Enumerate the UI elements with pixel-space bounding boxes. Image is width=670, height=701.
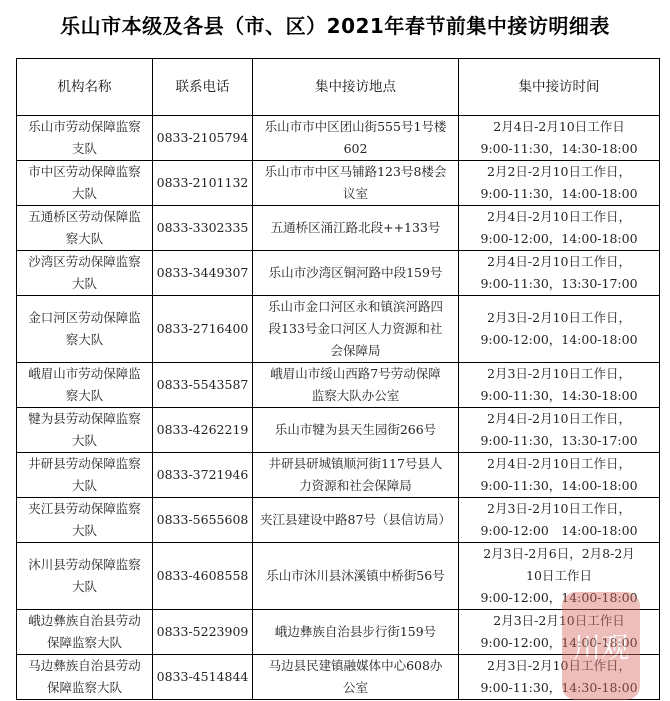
page-title: 乐山市本级及各县（市、区）2021年春节前集中接访明细表 <box>0 10 670 39</box>
org-name-cell-line: 大队 <box>19 273 150 295</box>
header-location: 集中接访地点 <box>253 59 459 116</box>
location-cell-line: 五通桥区涌江路北段++133号 <box>255 217 456 239</box>
org-name-cell-line: 大队 <box>19 475 150 497</box>
location-cell-line: 会保障局 <box>255 340 456 362</box>
header-phone: 联系电话 <box>153 59 253 116</box>
location-cell: 乐山市市中区团山街555号1号楼602 <box>253 116 459 161</box>
location-cell-line: 乐山市金口河区永和镇滨河路四 <box>255 296 456 318</box>
org-name-cell: 峨边彝族自治县劳动保障监察大队 <box>17 610 153 655</box>
table-row: 峨眉山市劳动保障监察大队0833-5543587峨眉山市绥山西路7号劳动保障监察… <box>17 363 660 408</box>
location-cell-line: 乐山市市中区马铺路123号8楼会 <box>255 161 456 183</box>
time-cell-line: 2月4日-2月10日工作日， <box>461 453 657 475</box>
org-name-cell-line: 乐山市劳动保障监察 <box>19 116 150 138</box>
time-cell-line: 2月4日-2月10日工作日， <box>461 251 657 273</box>
location-cell-line: 峨眉山市绥山西路7号劳动保障 <box>255 363 456 385</box>
phone-cell: 0833-4262219 <box>153 408 253 453</box>
org-name-cell: 犍为县劳动保障监察大队 <box>17 408 153 453</box>
time-cell-line: 9:00-11:30，14:30-18:00 <box>461 138 657 160</box>
org-name-cell-line: 察大队 <box>19 385 150 407</box>
phone-cell: 0833-3449307 <box>153 251 253 296</box>
location-cell-line: 力资源和社会保障局 <box>255 475 456 497</box>
time-cell-line: 9:00-12:00，14:00-18:00 <box>461 329 657 351</box>
phone-cell: 0833-4514844 <box>153 655 253 700</box>
time-cell-line: 2月3日-2月10日工作日， <box>461 307 657 329</box>
table-body: 乐山市劳动保障监察支队0833-2105794乐山市市中区团山街555号1号楼6… <box>17 116 660 700</box>
org-name-cell-line: 峨眉山市劳动保障监 <box>19 363 150 385</box>
time-cell: 2月4日-2月10日工作日9:00-11:30，14:30-18:00 <box>459 116 660 161</box>
phone-cell: 0833-3302335 <box>153 206 253 251</box>
org-name-cell-line: 井研县劳动保障监察 <box>19 453 150 475</box>
org-name-cell-line: 犍为县劳动保障监察 <box>19 408 150 430</box>
time-cell: 2月3日-2月10日工作日，9:00-11:30，14:30-18:00 <box>459 363 660 408</box>
time-cell-line: 2月4日-2月10日工作日， <box>461 206 657 228</box>
org-name-cell: 马边彝族自治县劳动保障监察大队 <box>17 655 153 700</box>
phone-cell: 0833-5223909 <box>153 610 253 655</box>
time-cell: 2月3日-2月10日工作日，9:00-11:30，14:30-18:00 <box>459 655 660 700</box>
header-org-name: 机构名称 <box>17 59 153 116</box>
time-cell: 2月2日-2月10日工作日，9:00-11:30，14:00-18:00 <box>459 161 660 206</box>
phone-cell: 0833-2101132 <box>153 161 253 206</box>
time-cell: 2月4日-2月10日工作日，9:00-11:30，13:30-17:00 <box>459 408 660 453</box>
time-cell-line: 2月4日-2月10日工作日 <box>461 116 657 138</box>
phone-cell: 0833-2716400 <box>153 296 253 363</box>
org-name-cell-line: 五通桥区劳动保障监 <box>19 206 150 228</box>
table-header-row: 机构名称 联系电话 集中接访地点 集中接访时间 <box>17 59 660 116</box>
location-cell: 夹江县建设中路87号（县信访局） <box>253 498 459 543</box>
time-cell: 2月3日-2月6日，2月8-2月10日工作日9:00-12:00，14:00-1… <box>459 543 660 610</box>
time-cell: 2月3日-2月10日工作日，9:00-12:00，14:00-18:00 <box>459 296 660 363</box>
location-cell-line: 井研县研城镇顺河街117号县人 <box>255 453 456 475</box>
time-cell-line: 9:00-11:30，14:30-18:00 <box>461 677 657 699</box>
time-cell-line: 9:00-12:00 14:00-18:00 <box>461 520 657 542</box>
time-cell-line: 9:00-12:00，14:00-18:00 <box>461 632 657 654</box>
location-cell: 井研县研城镇顺河街117号县人力资源和社会保障局 <box>253 453 459 498</box>
time-cell: 2月4日-2月10日工作日，9:00-11:30，14:00-18:00 <box>459 453 660 498</box>
time-cell-line: 2月3日-2月10日工作日， <box>461 655 657 677</box>
org-name-cell-line: 金口河区劳动保障监 <box>19 307 150 329</box>
table-row: 井研县劳动保障监察大队0833-3721946井研县研城镇顺河街117号县人力资… <box>17 453 660 498</box>
org-name-cell-line: 夹江县劳动保障监察 <box>19 498 150 520</box>
org-name-cell: 乐山市劳动保障监察支队 <box>17 116 153 161</box>
org-name-cell: 夹江县劳动保障监察大队 <box>17 498 153 543</box>
location-cell: 乐山市沐川县沐溪镇中桥街56号 <box>253 543 459 610</box>
location-cell-line: 监察大队办公室 <box>255 385 456 407</box>
time-cell-line: 2月4日-2月10日工作日， <box>461 408 657 430</box>
time-cell-line: 9:00-11:30，13:30-17:00 <box>461 430 657 452</box>
table-row: 金口河区劳动保障监察大队0833-2716400乐山市金口河区永和镇滨河路四段1… <box>17 296 660 363</box>
visit-schedule-table: 机构名称 联系电话 集中接访地点 集中接访时间 乐山市劳动保障监察支队0833-… <box>16 58 660 700</box>
time-cell: 2月4日-2月10日工作日，9:00-11:30，13:30-17:00 <box>459 251 660 296</box>
location-cell: 峨眉山市绥山西路7号劳动保障监察大队办公室 <box>253 363 459 408</box>
table-row: 市中区劳动保障监察大队0833-2101132乐山市市中区马铺路123号8楼会议… <box>17 161 660 206</box>
location-cell-line: 段133号金口河区人力资源和社 <box>255 318 456 340</box>
org-name-cell-line: 沙湾区劳动保障监察 <box>19 251 150 273</box>
table-row: 夹江县劳动保障监察大队0833-5655608夹江县建设中路87号（县信访局）2… <box>17 498 660 543</box>
time-cell-line: 9:00-12:00，14:00-18:00 <box>461 228 657 250</box>
org-name-cell: 井研县劳动保障监察大队 <box>17 453 153 498</box>
location-cell-line: 乐山市犍为县天生园街266号 <box>255 419 456 441</box>
phone-cell: 0833-3721946 <box>153 453 253 498</box>
time-cell-line: 2月2日-2月10日工作日， <box>461 161 657 183</box>
org-name-cell: 五通桥区劳动保障监察大队 <box>17 206 153 251</box>
time-cell-line: 2月3日-2月10日工作日， <box>461 363 657 385</box>
org-name-cell-line: 保障监察大队 <box>19 677 150 699</box>
location-cell-line: 乐山市沙湾区铜河路中段159号 <box>255 262 456 284</box>
org-name-cell: 沙湾区劳动保障监察大队 <box>17 251 153 296</box>
time-cell-line: 2月3日-2月10日工作日 <box>461 610 657 632</box>
org-name-cell: 沐川县劳动保障监察大队 <box>17 543 153 610</box>
location-cell-line: 夹江县建设中路87号（县信访局） <box>255 509 456 531</box>
location-cell: 马边县民建镇融媒体中心608办公室 <box>253 655 459 700</box>
location-cell: 乐山市犍为县天生园街266号 <box>253 408 459 453</box>
time-cell-line: 9:00-11:30，13:30-17:00 <box>461 273 657 295</box>
location-cell: 峨边彝族自治县步行街159号 <box>253 610 459 655</box>
org-name-cell-line: 沐川县劳动保障监察 <box>19 554 150 576</box>
phone-cell: 0833-5655608 <box>153 498 253 543</box>
org-name-cell-line: 市中区劳动保障监察 <box>19 161 150 183</box>
time-cell: 2月4日-2月10日工作日，9:00-12:00，14:00-18:00 <box>459 206 660 251</box>
org-name-cell: 金口河区劳动保障监察大队 <box>17 296 153 363</box>
table-row: 乐山市劳动保障监察支队0833-2105794乐山市市中区团山街555号1号楼6… <box>17 116 660 161</box>
org-name-cell-line: 大队 <box>19 520 150 542</box>
org-name-cell-line: 大队 <box>19 430 150 452</box>
location-cell: 乐山市沙湾区铜河路中段159号 <box>253 251 459 296</box>
phone-cell: 0833-4608558 <box>153 543 253 610</box>
table-row: 沐川县劳动保障监察大队0833-4608558乐山市沐川县沐溪镇中桥街56号2月… <box>17 543 660 610</box>
location-cell-line: 峨边彝族自治县步行街159号 <box>255 621 456 643</box>
time-cell-line: 9:00-11:30，14:00-18:00 <box>461 183 657 205</box>
location-cell-line: 乐山市沐川县沐溪镇中桥街56号 <box>255 565 456 587</box>
time-cell-line: 9:00-12:00，14:00-18:00 <box>461 587 657 609</box>
phone-cell: 0833-2105794 <box>153 116 253 161</box>
org-name-cell: 市中区劳动保障监察大队 <box>17 161 153 206</box>
org-name-cell-line: 察大队 <box>19 329 150 351</box>
table-row: 峨边彝族自治县劳动保障监察大队0833-5223909峨边彝族自治县步行街159… <box>17 610 660 655</box>
location-cell-line: 602 <box>255 138 456 160</box>
location-cell-line: 议室 <box>255 183 456 205</box>
org-name-cell-line: 支队 <box>19 138 150 160</box>
org-name-cell-line: 大队 <box>19 183 150 205</box>
header-time: 集中接访时间 <box>459 59 660 116</box>
location-cell: 乐山市金口河区永和镇滨河路四段133号金口河区人力资源和社会保障局 <box>253 296 459 363</box>
org-name-cell-line: 峨边彝族自治县劳动 <box>19 610 150 632</box>
table-row: 马边彝族自治县劳动保障监察大队0833-4514844马边县民建镇融媒体中心60… <box>17 655 660 700</box>
location-cell: 五通桥区涌江路北段++133号 <box>253 206 459 251</box>
time-cell-line: 9:00-11:30，14:30-18:00 <box>461 385 657 407</box>
location-cell-line: 公室 <box>255 677 456 699</box>
phone-cell: 0833-5543587 <box>153 363 253 408</box>
time-cell-line: 2月3日-2月6日，2月8-2月 <box>461 543 657 565</box>
time-cell: 2月3日-2月10日工作日，9:00-12:00 14:00-18:00 <box>459 498 660 543</box>
table-row: 犍为县劳动保障监察大队0833-4262219乐山市犍为县天生园街266号2月4… <box>17 408 660 453</box>
location-cell-line: 马边县民建镇融媒体中心608办 <box>255 655 456 677</box>
org-name-cell: 峨眉山市劳动保障监察大队 <box>17 363 153 408</box>
time-cell-line: 10日工作日 <box>461 565 657 587</box>
time-cell-line: 9:00-11:30，14:00-18:00 <box>461 475 657 497</box>
org-name-cell-line: 察大队 <box>19 228 150 250</box>
org-name-cell-line: 保障监察大队 <box>19 632 150 654</box>
org-name-cell-line: 大队 <box>19 576 150 598</box>
table-row: 沙湾区劳动保障监察大队0833-3449307乐山市沙湾区铜河路中段159号2月… <box>17 251 660 296</box>
time-cell-line: 2月3日-2月10日工作日， <box>461 498 657 520</box>
table-row: 五通桥区劳动保障监察大队0833-3302335五通桥区涌江路北段++133号2… <box>17 206 660 251</box>
time-cell: 2月3日-2月10日工作日9:00-12:00，14:00-18:00 <box>459 610 660 655</box>
location-cell: 乐山市市中区马铺路123号8楼会议室 <box>253 161 459 206</box>
org-name-cell-line: 马边彝族自治县劳动 <box>19 655 150 677</box>
location-cell-line: 乐山市市中区团山街555号1号楼 <box>255 116 456 138</box>
